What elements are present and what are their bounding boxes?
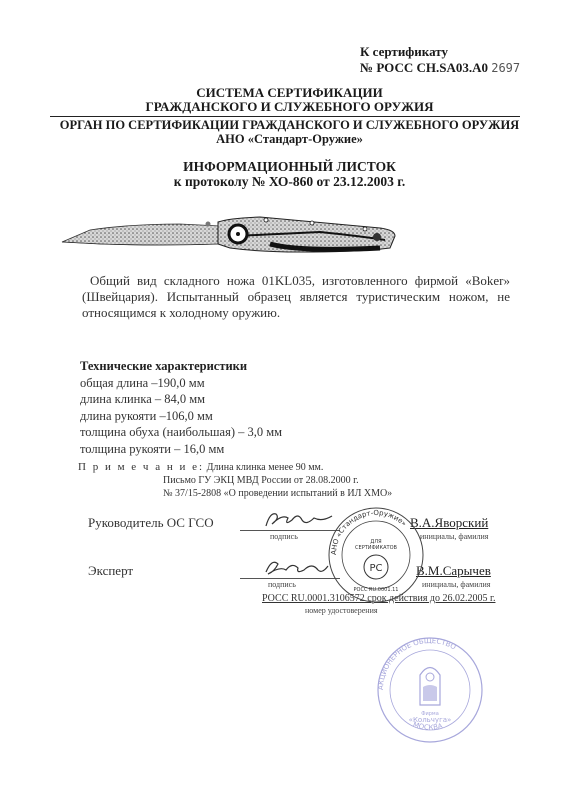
info-sheet-title: ИНФОРМАЦИОННЫЙ ЛИСТОК к протоколу № ХО-8… bbox=[0, 159, 579, 189]
spec-item: длина клинка – 84,0 мм bbox=[80, 391, 282, 408]
svg-text:РС: РС bbox=[369, 563, 382, 574]
signature-caption: подпись bbox=[268, 580, 296, 589]
signature-line bbox=[240, 530, 340, 531]
organ-title-line1: ОРГАН ПО СЕРТИФИКАЦИИ ГРАЖДАНСКОГО И СЛУ… bbox=[0, 118, 579, 132]
signature-line bbox=[240, 578, 340, 579]
name-caption: инициалы, фамилия bbox=[420, 532, 488, 541]
company-seal: АКЦИОНЕРНОЕ ОБЩЕСТВО МОСКВА Фирма «Кольч… bbox=[375, 635, 485, 745]
signatory-role-head: Руководитель ОС ГСО bbox=[88, 515, 214, 531]
expert-certificate-caption: номер удостоверения bbox=[305, 606, 378, 615]
signatory-role-expert: Эксперт bbox=[88, 563, 133, 579]
svg-text:РОСС RU.0001.11: РОСС RU.0001.11 bbox=[354, 587, 399, 593]
system-title-line2: ГРАЖДАНСКОГО И СЛУЖЕБНОГО ОРУЖИЯ bbox=[0, 100, 579, 114]
svg-text:АКЦИОНЕРНОЕ ОБЩЕСТВО: АКЦИОНЕРНОЕ ОБЩЕСТВО bbox=[377, 637, 458, 690]
info-sheet-heading: ИНФОРМАЦИОННЫЙ ЛИСТОК bbox=[0, 159, 579, 174]
note-line1: Длина клинка менее 90 мм. bbox=[207, 462, 324, 473]
note-line3: № 37/15-2808 «О проведении испытаний в И… bbox=[78, 487, 392, 500]
certification-seal: АНО «Стандарт-Оружие» ДЛЯ СЕРТИФИКАТОВ Р… bbox=[326, 505, 426, 605]
note-line2: Письмо ГУ ЭКЦ МВД России от 28.08.2000 г… bbox=[78, 474, 392, 487]
note-block: П р и м е ч а н и е: Длина клинка менее … bbox=[78, 461, 392, 500]
spec-item: толщина обуха (наибольшая) – 3,0 мм bbox=[80, 424, 282, 441]
svg-text:СЕРТИФИКАТОВ: СЕРТИФИКАТОВ bbox=[355, 545, 397, 551]
system-title-line1: СИСТЕМА СЕРТИФИКАЦИИ bbox=[0, 86, 579, 100]
name-caption: инициалы, фамилия bbox=[422, 580, 490, 589]
certificate-number: № РОСС CH.SA03.A0 bbox=[360, 60, 488, 75]
certificate-reference: К сертификату № РОСС CH.SA03.A0 2697 bbox=[360, 44, 520, 76]
signatory-name-expert: В.М.Сарычев bbox=[416, 563, 491, 579]
spec-item: общая длина –190,0 мм bbox=[80, 375, 282, 392]
system-title: СИСТЕМА СЕРТИФИКАЦИИ ГРАЖДАНСКОГО И СЛУЖ… bbox=[0, 86, 579, 114]
certificate-number-stamp: 2697 bbox=[491, 61, 520, 75]
svg-text:«Кольчуга»: «Кольчуга» bbox=[409, 716, 452, 724]
certificate-ref-line2: № РОСС CH.SA03.A0 2697 bbox=[360, 60, 520, 76]
spec-item: длина рукояти –106,0 мм bbox=[80, 408, 282, 425]
description-text: Общий вид складного ножа 01KL035, изгото… bbox=[82, 273, 510, 320]
protocol-reference: к протоколу № ХО-860 от 23.12.2003 г. bbox=[0, 174, 579, 189]
organ-title-line2: АНО «Стандарт-Оружие» bbox=[0, 132, 579, 146]
signature-caption: подпись bbox=[270, 532, 298, 541]
knife-photo bbox=[60, 200, 400, 260]
header-divider bbox=[50, 116, 520, 117]
technical-specs: Технические характеристики общая длина –… bbox=[80, 358, 282, 457]
signature-expert bbox=[262, 556, 332, 580]
spec-item: толщина рукояти – 16,0 мм bbox=[80, 441, 282, 458]
organ-title: ОРГАН ПО СЕРТИФИКАЦИИ ГРАЖДАНСКОГО И СЛУ… bbox=[0, 118, 579, 146]
note-label: П р и м е ч а н и е: bbox=[78, 461, 204, 473]
certificate-ref-line1: К сертификату bbox=[360, 44, 520, 60]
specs-header: Технические характеристики bbox=[80, 358, 282, 375]
knife-description: Общий вид складного ножа 01KL035, изгото… bbox=[82, 273, 510, 321]
